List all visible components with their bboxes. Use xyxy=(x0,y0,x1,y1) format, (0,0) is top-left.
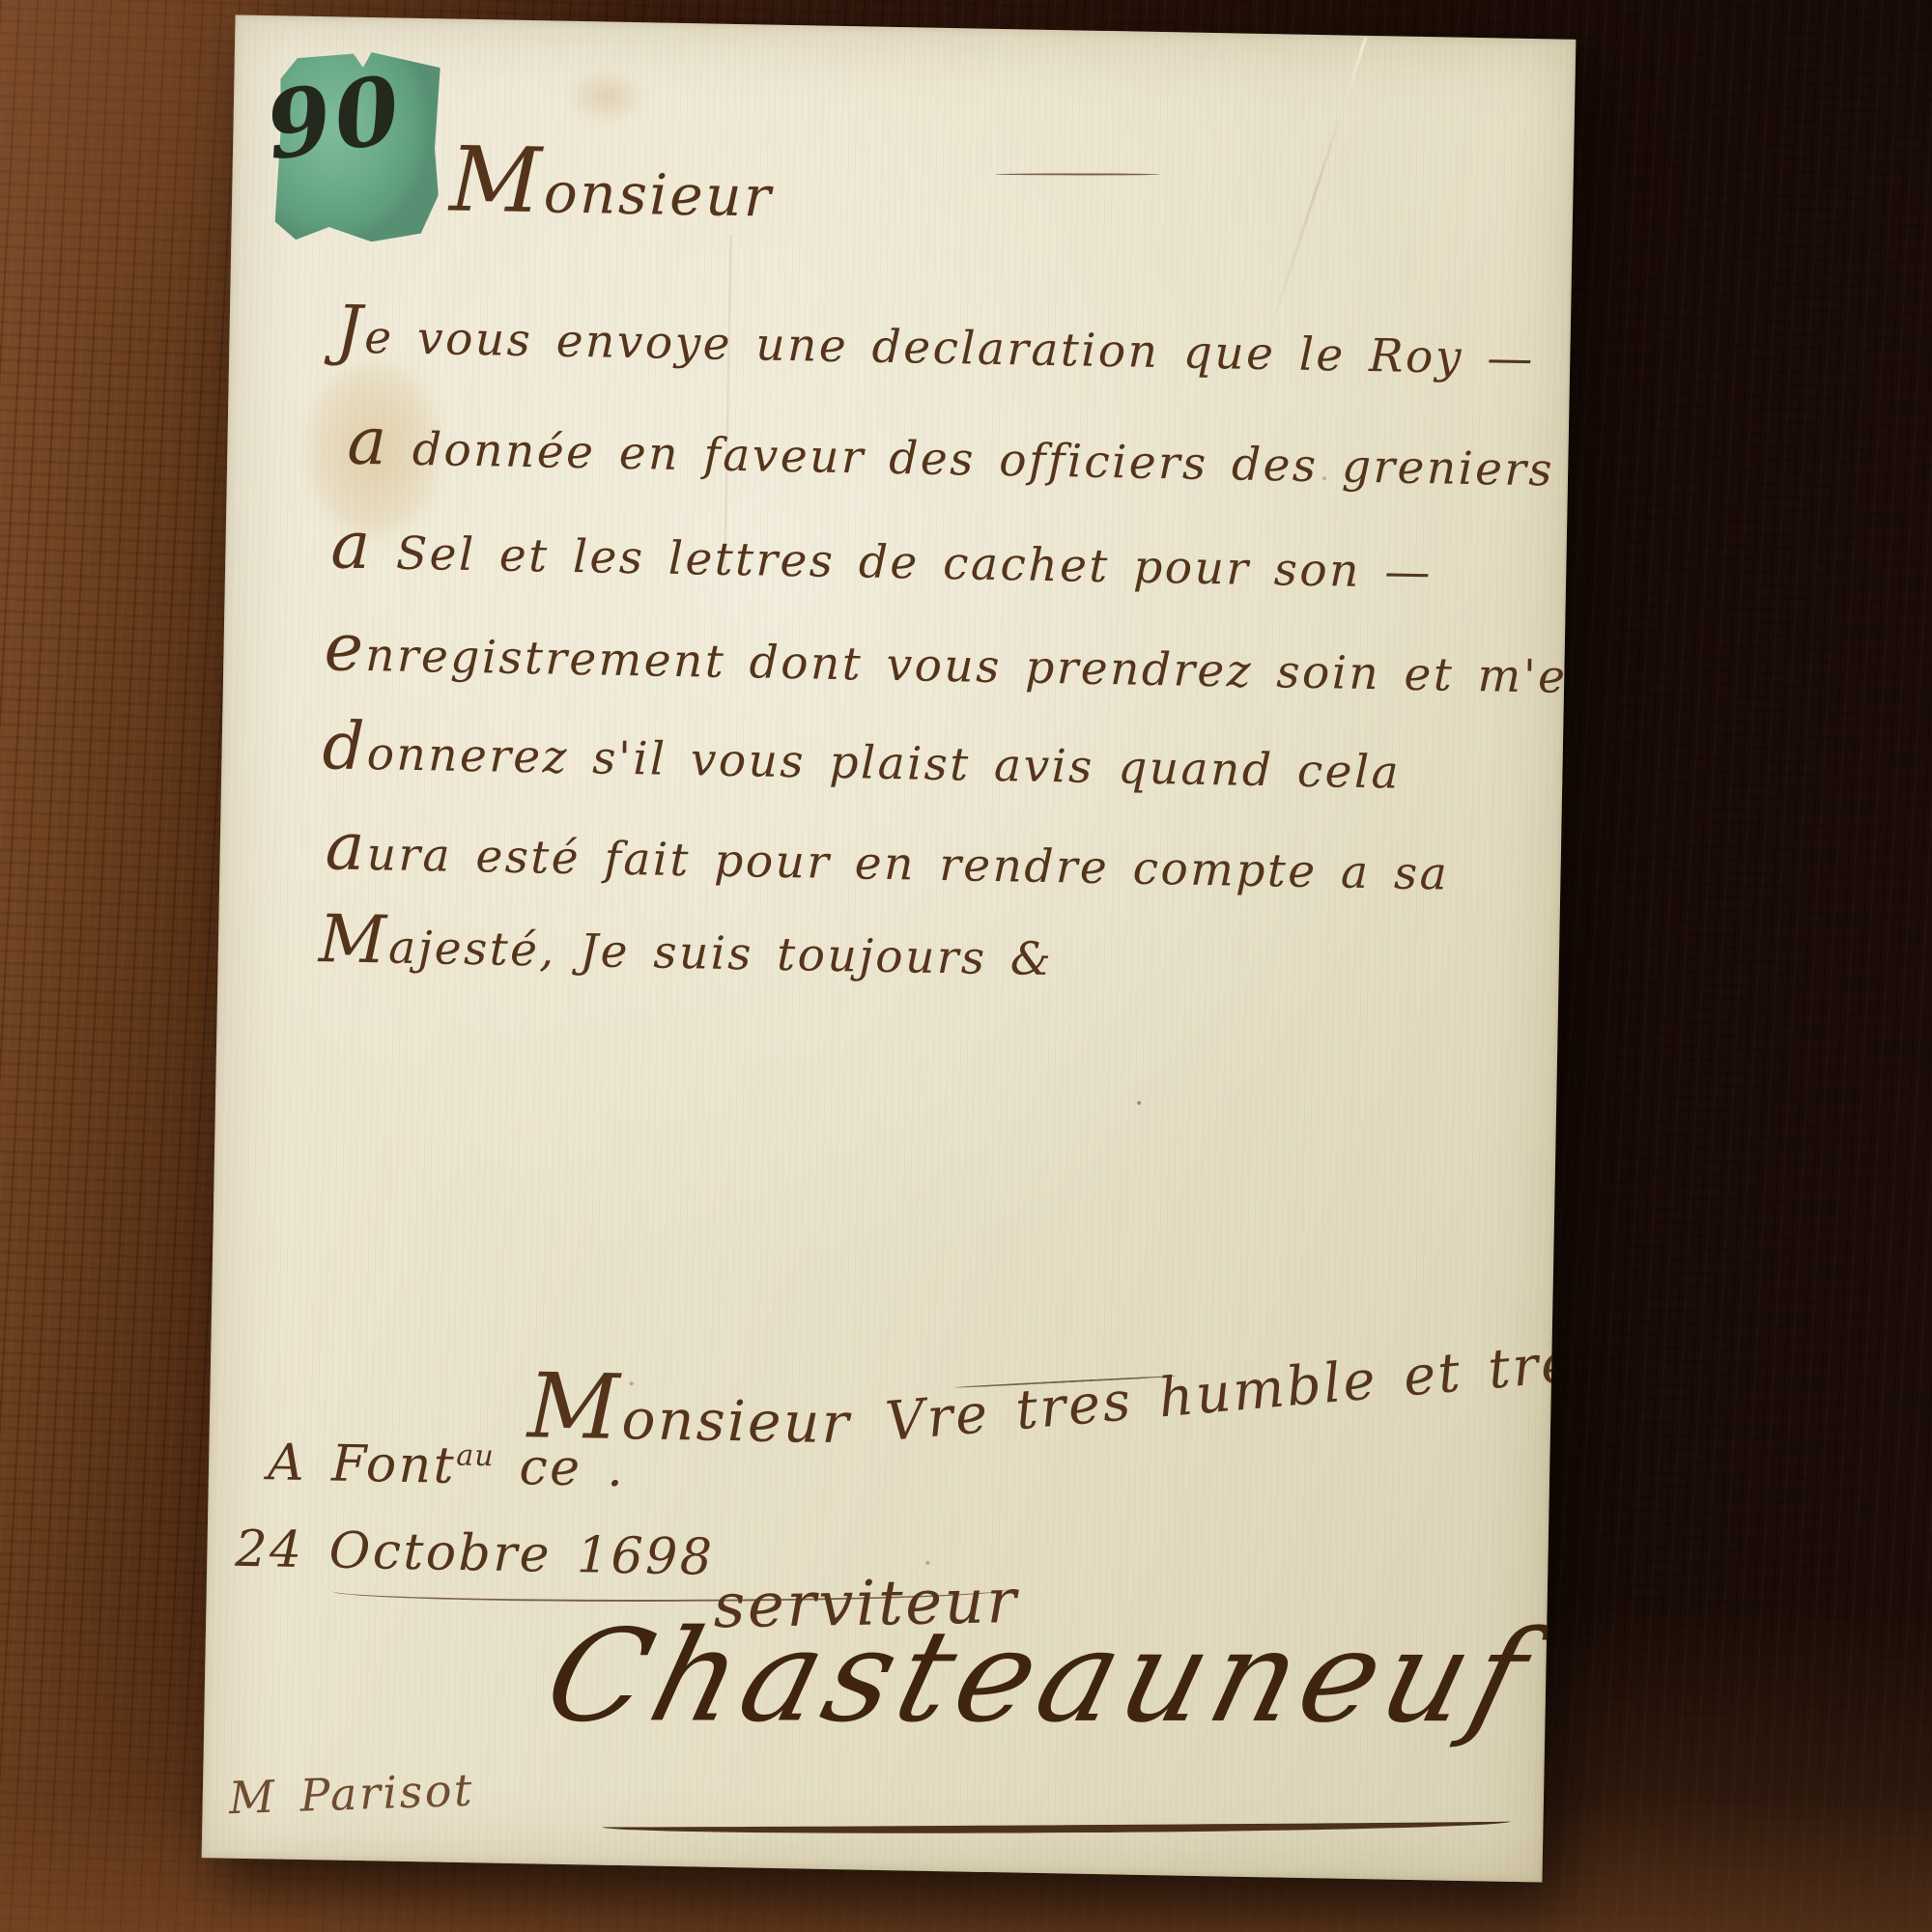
paper-specks xyxy=(1137,1101,1141,1105)
body-line-5: donnerez s'il vous plaist avis quand cel… xyxy=(322,708,1402,804)
body-line-4: enregistrement dont vous prendrez soin e… xyxy=(324,610,1576,709)
signature-chasteauneuf: Chasteauneuf xyxy=(532,1603,1548,1751)
date-line: 24 Octobre 1698 xyxy=(235,1520,715,1587)
place-suffix: ce . xyxy=(494,1438,626,1498)
body-line-2: a donnée en faveur des officiers des gre… xyxy=(347,404,1577,503)
signature-underline-flourish xyxy=(602,1806,1510,1835)
valediction-line: Vre tres humble et tres affné xyxy=(883,1317,1576,1454)
place-line: A Fontau ce . xyxy=(268,1434,626,1498)
body-line-7: Majesté, Je suis toujours & xyxy=(318,901,1054,991)
body-line-6: aura esté fait pour en rendre compte a s… xyxy=(325,809,1450,905)
place-prefix: A Font xyxy=(268,1434,457,1495)
valediction-main: Vre tres humble et tres aff xyxy=(883,1320,1576,1454)
paper-crease-top-right xyxy=(1265,37,1367,341)
paper-stain-small xyxy=(552,59,659,133)
archive-number: 90 xyxy=(260,54,411,181)
body-line-1: Je vous envoye une declaration que le Ro… xyxy=(335,292,1536,390)
salutation-flourish xyxy=(996,173,1160,175)
salutation: Monsieur xyxy=(449,128,775,238)
place-superscript: au xyxy=(456,1439,495,1474)
photo-of-letter: 90 Monsieur Je vous envoye une declarati… xyxy=(0,0,1932,1932)
body-line-3: a Sel et les lettres de cachet pour son … xyxy=(330,507,1434,604)
recipient-annotation: M Parisot xyxy=(228,1764,475,1825)
letter-paper-sheet: 90 Monsieur Je vous envoye une declarati… xyxy=(202,14,1577,1882)
